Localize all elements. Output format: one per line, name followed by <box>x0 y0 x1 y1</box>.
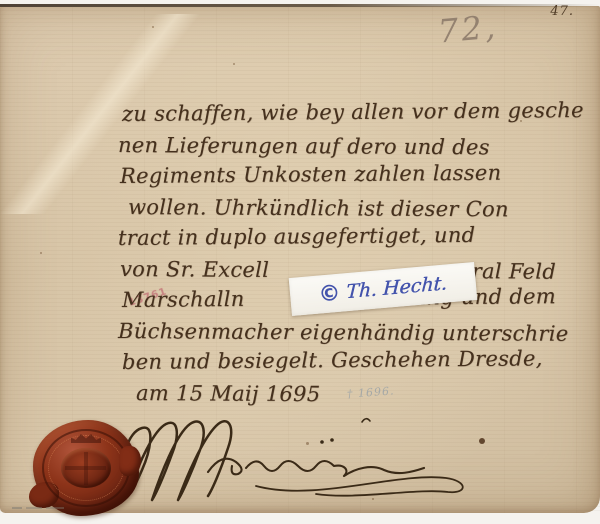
copyright-name: Th. Hecht. <box>346 272 448 303</box>
folio-number-pencil: 72, <box>436 7 499 50</box>
foxing-spot <box>152 26 154 28</box>
copyright-icon: © <box>317 280 341 307</box>
pencil-scribble <box>12 507 64 509</box>
foxing-spot <box>40 252 42 254</box>
manuscript-line: tract in duplo ausgefertiget, und <box>118 222 556 257</box>
scanner-background: 47. 72, 13761 zu schaffen, wie bey allen… <box>0 0 600 524</box>
line-fragment-left: von Sr. Excell <box>120 257 269 289</box>
manuscript-line: Regiments Unkosten zahlen lassen <box>120 160 556 195</box>
manuscript-text-block: zu schaffen, wie bey allen vor dem gesch… <box>118 102 556 412</box>
manuscript-line: ben und besiegelt. Geschehen Dresde, <box>122 346 556 381</box>
seal-coat-of-arms <box>61 448 111 488</box>
signature-flourish <box>116 414 496 509</box>
foxing-spot <box>233 63 235 65</box>
line-fragment-left: Marschalln <box>122 287 245 319</box>
paper-top-edge <box>0 4 600 7</box>
folio-number-ink: 47. <box>550 4 574 19</box>
manuscript-date-line: am 15 Maij 1695 <box>136 381 556 415</box>
manuscript-line: zu schaffen, wie bey allen vor dem gesch… <box>122 98 556 133</box>
wax-seal-icon <box>33 420 139 516</box>
